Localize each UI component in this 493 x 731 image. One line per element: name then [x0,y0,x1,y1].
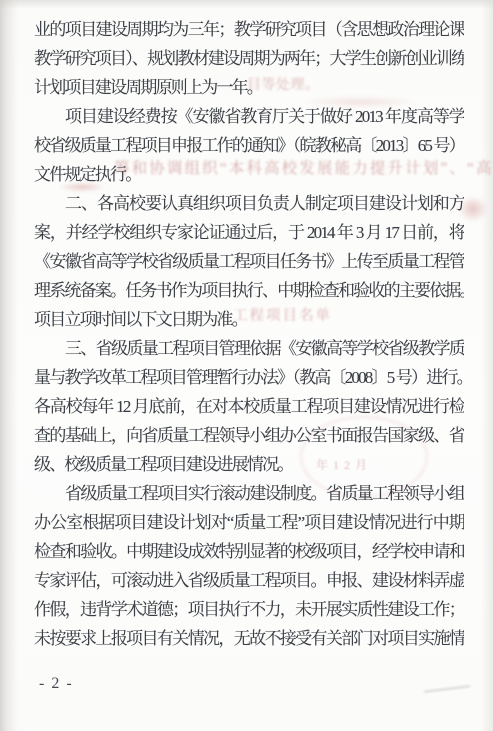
text-line: 各高校每年 12 月底前，在对本校质量工程项目建设情况进行检 [34,392,464,421]
text-line: 教学研究项目）、规划教材建设周期为两年；大学生创新创业训练 [34,44,464,73]
text-line: 三、省级质量工程项目管理依据《安徽高等学校省级教学质 [34,334,464,363]
text-line: 《安徽省高等学校省级质量工程项目任务书》上传至质量工程管 [34,247,464,276]
text-line: 办公室根据项目建设计划对“质量工程”项目建设情况进行中期 [34,508,464,537]
text-line: 级、校级质量工程项目建设进展情况。 [34,450,464,479]
paragraph: 省级质量工程项目实行滚动建设制度。省质量工程领导小组办公室根据项目建设计划对“质… [34,479,464,653]
paragraph: 三、省级质量工程项目管理依据《安徽高等学校省级教学质量与教学改革工程项目管理暂行… [34,334,464,479]
text-line: 项目建设经费按《安徽省教育厅关于做好 2013 年度高等学 [34,102,464,131]
paper-crease-mark [424,685,470,693]
text-line: 案，并经学校组织专家论证通过后，于 2014 年 3 月 17 日前，将 [34,218,464,247]
text-line: 未按要求上报项目有关情况，无故不接受有关部门对项目实施情 [34,624,464,653]
text-line: 理系统备案。任务书作为项目执行、中期检查和验收的主要依据。 [34,276,464,305]
paragraph: 项目建设经费按《安徽省教育厅关于做好 2013 年度高等学校省级质量工程项目申报… [34,102,464,189]
text-line: 校省级质量工程项目申报工作的通知》（皖教秘高〔2013〕65 号） [34,131,464,160]
text-line: 查的基础上，向省质量工程领导小组办公室书面报告国家级、省 [34,421,464,450]
scan-edge-right [481,0,493,731]
text-line: 专家评估，可滚动进入省级质量工程项目。申报、建设材料弄虚 [34,566,464,595]
text-line: 二、各高校要认真组织项目负责人制定项目建设计划和方 [34,189,464,218]
page-number: - 2 - [39,675,73,693]
text-line: 作假，违背学术道德；项目执行不力，未开展实质性建设工作； [34,595,464,624]
text-line: 项目立项时间以下文日期为准。 [34,305,464,334]
paragraph: 二、各高校要认真组织项目负责人制定项目建设计划和方案，并经学校组织专家论证通过后… [34,189,464,334]
scan-edge-top [0,0,493,9]
scanned-document-page: 目等处理。 筹和协调组织“本科高校发展能力提升计划”、“高 工程项目名单 年12… [0,0,493,731]
text-line: 计划项目建设周期原则上为一年。 [34,73,464,102]
scan-edge-left [0,0,18,731]
text-line: 业的项目建设周期均为三年；教学研究项目（含思想政治理论课 [34,15,464,44]
text-line: 文件规定执行。 [34,160,464,189]
paragraph: 业的项目建设周期均为三年；教学研究项目（含思想政治理论课教学研究项目）、规划教材… [34,15,464,102]
text-line: 量与教学改革工程项目管理暂行办法》（教高〔2008〕5 号）进行。 [34,363,464,392]
text-line: 检查和验收。中期建设成效特别显著的校级项目，经学校申请和 [34,537,464,566]
text-line: 省级质量工程项目实行滚动建设制度。省质量工程领导小组 [34,479,464,508]
document-text: 业的项目建设周期均为三年；教学研究项目（含思想政治理论课教学研究项目）、规划教材… [34,15,464,653]
